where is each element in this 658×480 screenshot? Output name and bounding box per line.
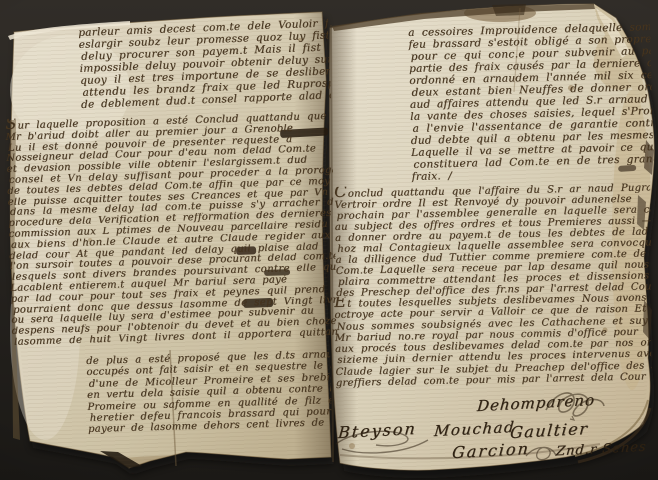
left-page-paragraph-1: parleur amis decest com.te dele Vouloir … (78, 17, 331, 111)
right-page-paragraph-1: a cessoires Improuidence delaquelle somm… (408, 21, 654, 183)
right-page-paragraph-3: Et toutes lesquelles subjets deslibevame… (334, 290, 652, 389)
right-page-paragraph-2: Conclud quattandu que l'affaire du S.r a… (334, 180, 652, 299)
left-page-paragraph-2: Sur laquelle proposition a esté Conclud … (5, 109, 338, 349)
left-page-paragraph-3: de plus a esté proposé que les d.ts arna… (86, 349, 332, 436)
manuscript-scan: parleur amis decest com.te dele Vouloir … (0, 0, 658, 480)
